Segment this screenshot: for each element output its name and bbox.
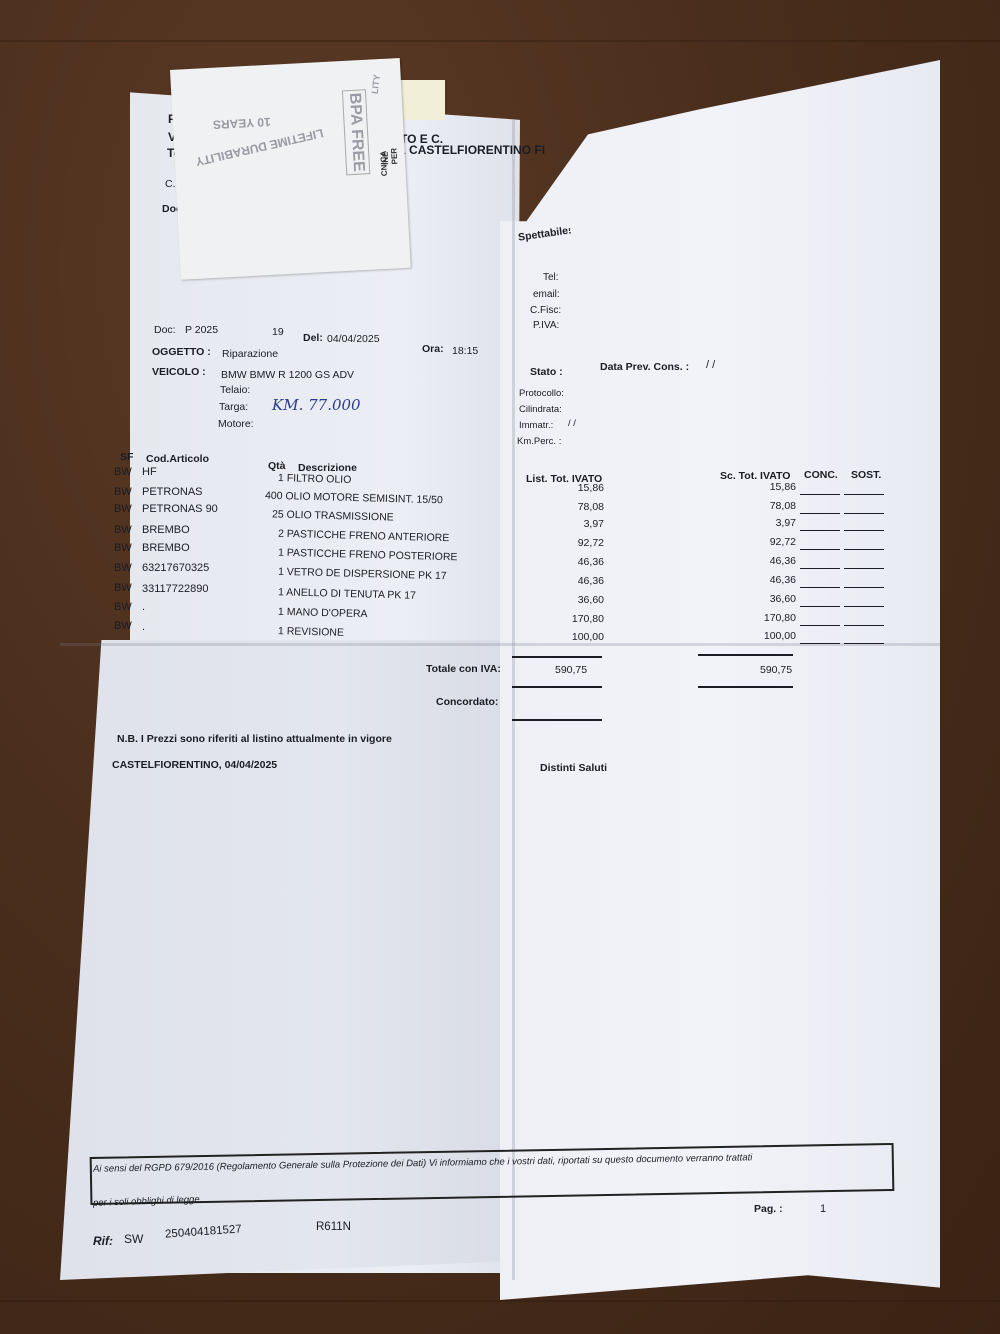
- row-conc-blank[interactable]: [800, 530, 840, 531]
- date-label: Del:: [303, 332, 323, 344]
- row-code: BREMBO: [142, 524, 190, 536]
- row-list-total: 78,08: [534, 501, 604, 513]
- place-date: CASTELFIORENTINO, 04/04/2025: [112, 759, 277, 771]
- total-rule: [512, 656, 602, 658]
- row-disc-total: 78,08: [726, 500, 796, 512]
- row-code: .: [142, 601, 145, 613]
- row-conc-blank[interactable]: [800, 494, 840, 495]
- price-note: N.B. I Prezzi sono riferiti al listino a…: [117, 733, 392, 745]
- doc-label: Doc:: [154, 324, 176, 336]
- row-description: FILTRO OLIO: [287, 472, 352, 486]
- row-code: PETRONAS 90: [142, 503, 218, 515]
- motore-label: Motore:: [218, 418, 254, 430]
- row-list-total: 15,86: [534, 482, 604, 494]
- row-conc-blank[interactable]: [800, 587, 840, 588]
- row-list-total: 3,97: [534, 518, 604, 530]
- slip-text: INE PER: [380, 134, 400, 165]
- vehicle-label: VEICOLO :: [152, 366, 206, 378]
- header-sost: SOST.: [851, 469, 881, 481]
- row-sf: BW: [114, 562, 132, 574]
- total-disc-value: 590,75: [760, 664, 792, 676]
- header-qty: Qtà: [268, 460, 286, 472]
- row-code: PETRONAS: [142, 486, 203, 498]
- total-label: Totale con IVA:: [426, 663, 501, 675]
- row-qty: 1: [278, 606, 284, 618]
- date-value: 04/04/2025: [327, 333, 380, 345]
- wood-grain: [0, 40, 1000, 42]
- row-list-total: 46,36: [534, 575, 604, 587]
- row-sost-blank[interactable]: [844, 643, 884, 644]
- doc-series: P 2025: [185, 324, 218, 336]
- row-sf: BW: [114, 486, 132, 498]
- row-qty-desc: 1 REVISIONE: [278, 625, 344, 639]
- stato-label: Stato :: [530, 366, 563, 378]
- row-conc-blank[interactable]: [800, 625, 840, 626]
- row-qty-desc: 1 FILTRO OLIO: [278, 472, 352, 486]
- row-sost-blank[interactable]: [844, 625, 884, 626]
- row-code: .: [142, 621, 145, 633]
- total-rule: [698, 686, 793, 688]
- customer-cfisc-label: C.Fisc:: [530, 305, 561, 316]
- row-code: 33117722890: [142, 583, 208, 595]
- fold-line-vertical: [512, 120, 515, 1280]
- delivery-date-label: Data Prev. Cons. :: [600, 361, 689, 373]
- delivery-date-value: / /: [706, 359, 715, 371]
- doc-number: 19: [272, 326, 284, 338]
- page-label: Pag. :: [754, 1203, 783, 1215]
- ref-code: R611N: [316, 1221, 351, 1233]
- wood-grain: [0, 1300, 1000, 1302]
- row-disc-total: 170,80: [726, 612, 796, 624]
- row-qty: 25: [272, 508, 284, 520]
- row-qty: 2: [278, 528, 284, 540]
- header-sf: SF: [120, 451, 133, 463]
- spettabile-value: .: [568, 222, 571, 234]
- protocollo-label: Protocollo:: [519, 388, 564, 399]
- row-sf: BW: [114, 524, 132, 536]
- targa-label: Targa:: [219, 401, 248, 413]
- slip-text: BPA FREE: [342, 89, 370, 175]
- row-sost-blank[interactable]: [844, 549, 884, 550]
- closing-greeting: Distinti Saluti: [540, 762, 607, 774]
- row-sost-blank[interactable]: [844, 494, 884, 495]
- customer-piva-label: P.IVA:: [533, 320, 559, 331]
- row-sost-blank[interactable]: [844, 587, 884, 588]
- row-disc-total: 46,36: [726, 555, 796, 567]
- row-sf: BW: [114, 601, 132, 613]
- row-conc-blank[interactable]: [800, 606, 840, 607]
- vehicle-value: BMW BMW R 1200 GS ADV: [221, 369, 354, 381]
- time-label: Ora:: [422, 343, 444, 355]
- row-sost-blank[interactable]: [844, 606, 884, 607]
- row-qty: 1: [278, 472, 284, 484]
- row-conc-blank[interactable]: [800, 513, 840, 514]
- customer-tel-label: Tel:: [543, 272, 559, 283]
- ref-prefix: SW: [124, 1232, 143, 1246]
- header-conc: CONC.: [804, 469, 838, 481]
- subject-label: OGGETTO :: [152, 346, 211, 358]
- total-rule: [512, 686, 602, 688]
- page-number: 1: [820, 1203, 826, 1215]
- row-qty: 1: [278, 546, 284, 558]
- row-disc-total: 46,36: [726, 574, 796, 586]
- immatr-value: / /: [568, 418, 576, 429]
- row-code: HF: [142, 466, 157, 478]
- paper-sheet-right: [500, 60, 940, 1300]
- row-list-total: 36,60: [534, 594, 604, 606]
- row-disc-total: 3,97: [726, 517, 796, 529]
- row-sf: BW: [114, 503, 132, 515]
- row-description: REVISIONE: [287, 626, 344, 639]
- row-disc-total: 15,86: [726, 481, 796, 493]
- row-qty-desc: 1 MANO D'OPERA: [278, 606, 368, 620]
- ref-label: Rif:: [93, 1234, 113, 1248]
- row-disc-total: 36,60: [726, 593, 796, 605]
- immatr-label: Immatr.:: [519, 420, 553, 431]
- row-conc-blank[interactable]: [800, 568, 840, 569]
- row-conc-blank[interactable]: [800, 643, 840, 644]
- customer-email-label: email:: [533, 289, 560, 300]
- row-list-total: 46,36: [534, 556, 604, 568]
- handwritten-km: KM. 77.000: [272, 396, 361, 414]
- subject-value: Riparazione: [222, 348, 278, 360]
- telaio-label: Telaio:: [220, 384, 250, 396]
- row-list-total: 92,72: [534, 537, 604, 549]
- row-disc-total: 92,72: [726, 536, 796, 548]
- row-description: OLIO TRASMISSIONE: [286, 509, 393, 524]
- row-sost-blank[interactable]: [844, 530, 884, 531]
- row-list-total: 170,80: [534, 613, 604, 625]
- agreed-rule: [512, 719, 602, 721]
- slip-text: LIFETIME DURABILITY: [194, 126, 324, 169]
- slip-text: LITY: [370, 74, 382, 95]
- total-rule: [698, 654, 793, 656]
- row-list-total: 100,00: [534, 631, 604, 643]
- row-sf: BW: [114, 466, 132, 478]
- time-value: 18:15: [452, 345, 478, 357]
- slip-text: 10 YEARS: [213, 115, 271, 132]
- row-code: BREMBO: [142, 542, 190, 554]
- km-perc-label: Km.Perc. :: [517, 436, 561, 447]
- row-sf: BW: [114, 542, 132, 554]
- row-sf: BW: [114, 620, 132, 632]
- row-sost-blank[interactable]: [844, 513, 884, 514]
- total-list-value: 590,75: [555, 664, 587, 676]
- row-code: 63217670325: [142, 562, 209, 574]
- row-conc-blank[interactable]: [800, 549, 840, 550]
- row-qty: 1: [278, 625, 284, 637]
- cilindrata-label: Cilindrata:: [519, 404, 562, 415]
- header-code: Cod.Articolo: [146, 453, 209, 465]
- agreed-label: Concordato:: [436, 696, 498, 708]
- receipt-slip: 10 YEARS LIFETIME DURABILITY BPA FREE CN…: [170, 58, 411, 280]
- row-description: MANO D'OPERA: [287, 606, 368, 620]
- row-qty: 1: [278, 587, 284, 599]
- row-qty: 1: [278, 566, 284, 578]
- row-sost-blank[interactable]: [844, 568, 884, 569]
- row-disc-total: 100,00: [726, 630, 796, 642]
- row-qty: 400: [265, 490, 283, 502]
- row-sf: BW: [114, 582, 132, 594]
